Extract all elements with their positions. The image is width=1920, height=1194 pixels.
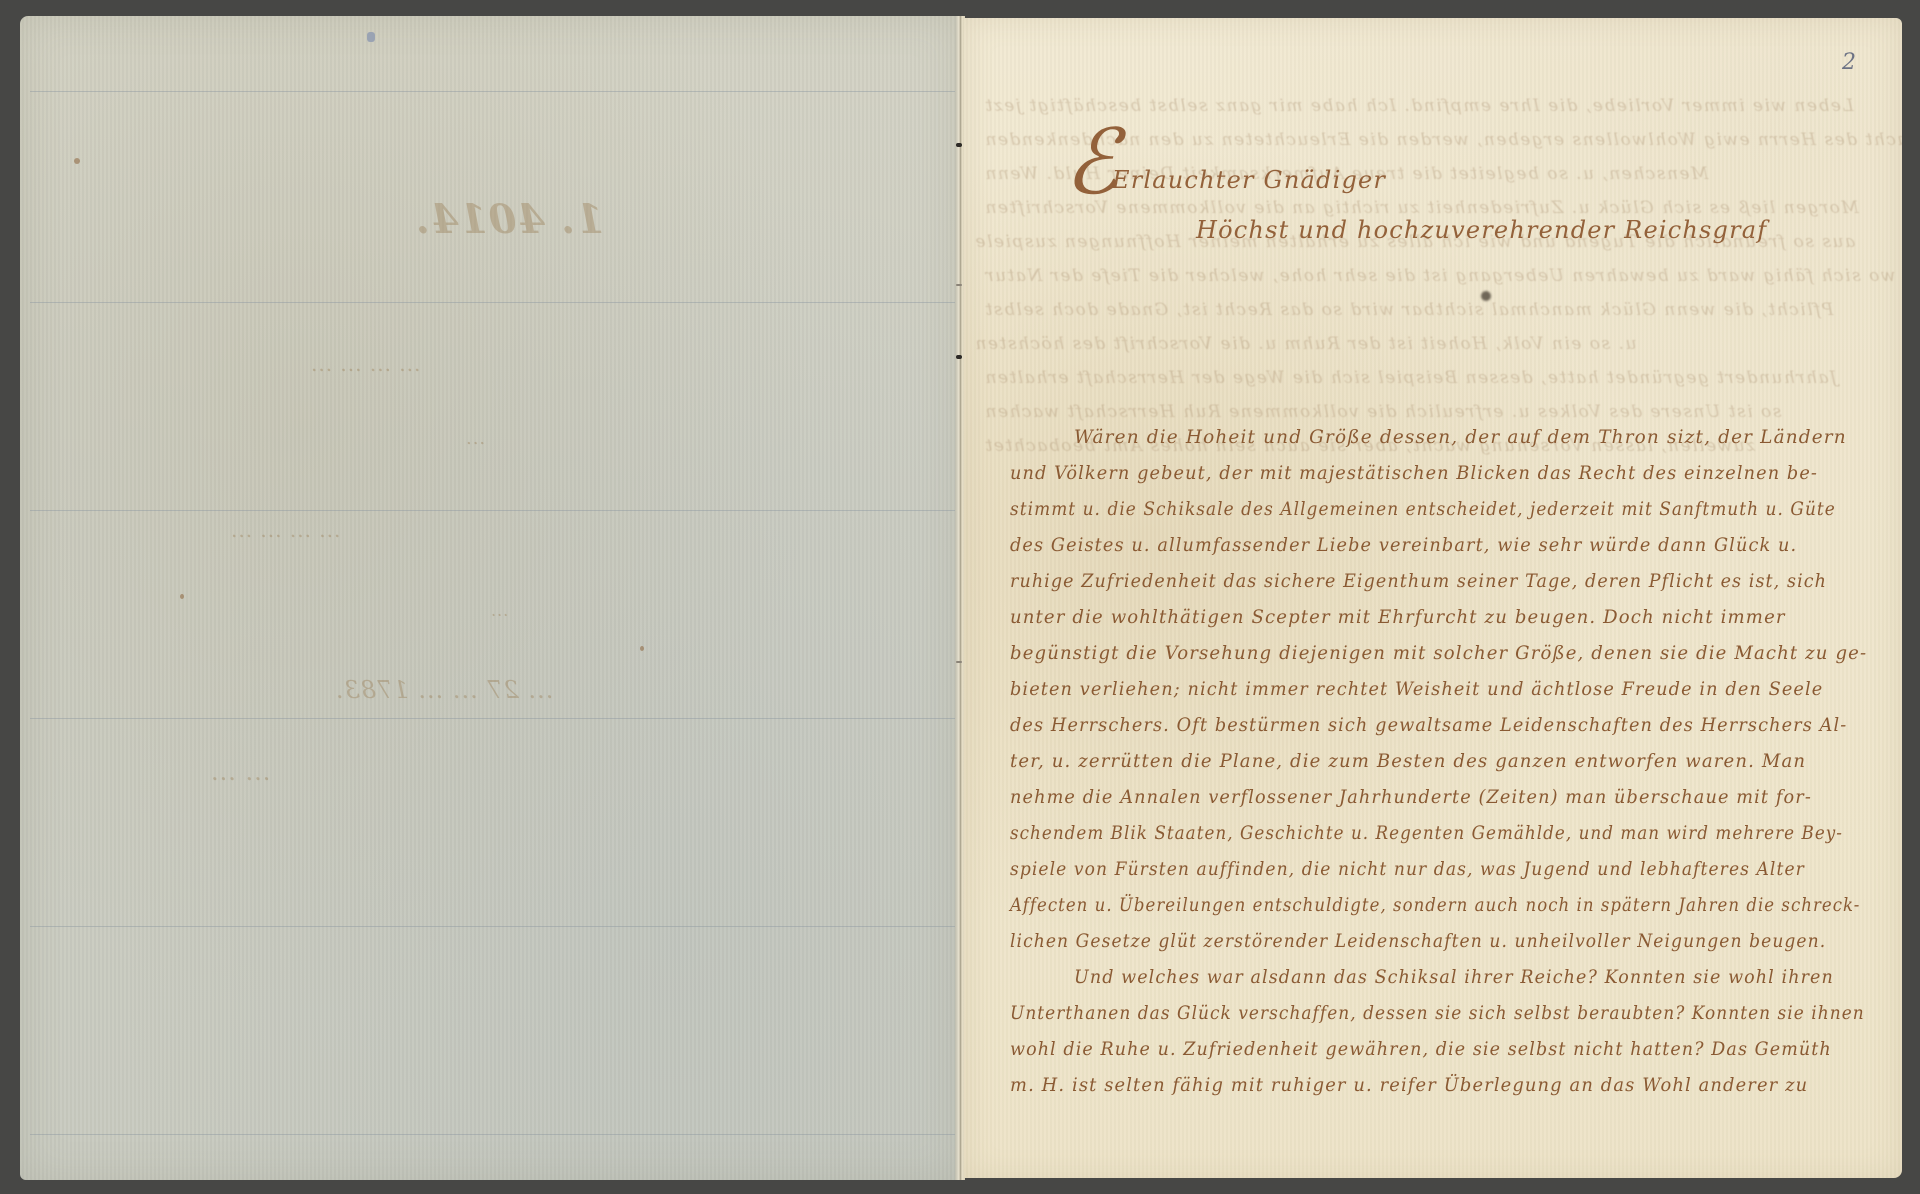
verso-line: ... ... ... ... <box>310 352 420 376</box>
body-line: ruhige Zufriedenheit das sichere Eigenth… <box>1010 570 1827 592</box>
body-line: schendem Blik Staaten, Geschichte u. Reg… <box>1010 822 1843 844</box>
pin-mark <box>367 32 375 42</box>
body-line: des Herrschers. Oft bestürmen sich gewal… <box>1010 714 1847 736</box>
ruling-line <box>30 1134 956 1135</box>
show-through-line: Pflicht, die wenn Glück manchmal sichtba… <box>984 300 1833 320</box>
left-page-verso: 1. 4014. ... ... ... ... ... ... ... ...… <box>20 16 960 1180</box>
body-line: Affecten u. Übereilungen entschuldigte, … <box>1010 894 1860 916</box>
verso-line: ... ... <box>210 758 270 786</box>
show-through-line: u. so ein Volk, Hoheit ist der Ruhm u. d… <box>974 334 1637 354</box>
decorative-initial: ℰ <box>1064 118 1119 208</box>
body-line: m. H. ist selten fähig mit ruhiger u. re… <box>1010 1074 1808 1096</box>
ruling-line <box>30 926 956 927</box>
body-line: spiele von Fürsten auffinden, die nicht … <box>1010 858 1805 880</box>
body-line: unter die wohlthätigen Scepter mit Ehrfu… <box>1010 606 1786 628</box>
stitch-mark <box>956 143 962 147</box>
body-line: und Völkern gebeut, der mit majestätisch… <box>1010 462 1818 484</box>
ink-spot <box>180 594 184 599</box>
verso-date-line: ... 27 ... ... 1783. <box>335 676 553 704</box>
verso-line: ... <box>490 601 508 620</box>
body-line: lichen Gesetze glüt zerstörender Leidens… <box>1010 930 1826 952</box>
body-line: nehme die Annalen verflossener Jahrhunde… <box>1010 786 1812 808</box>
verso-line: ... <box>465 428 485 449</box>
body-line: bieten verliehen; nicht immer rechtet We… <box>1010 678 1823 700</box>
salutation-line-1: Erlauchter Gnädiger <box>1112 166 1386 194</box>
ink-spot <box>74 158 80 164</box>
ruling-line <box>30 718 956 719</box>
show-through-line: Jahrhundert gegründet hatte, dessen Beis… <box>984 368 1837 388</box>
ruling-line <box>30 510 956 511</box>
show-through-line: so ist Unsere des Volkes u. erfreulich d… <box>984 402 1782 422</box>
verso-heading: 1. 4014. <box>415 196 604 243</box>
right-page-recto: Leben wie immer Vorliebe, die Ihre empfi… <box>964 18 1902 1178</box>
ruling-line <box>30 91 956 92</box>
body-line: Unterthanen das Glück verschaffen, desse… <box>1010 1002 1865 1024</box>
ink-spot <box>640 646 644 651</box>
body-line: Und welches war alsdann das Schiksal ihr… <box>1074 966 1834 988</box>
ink-blot <box>1481 291 1491 301</box>
stitch-mark <box>956 284 962 286</box>
ruling-line <box>30 302 956 303</box>
show-through-line: Macht des Herrn ewig Wohlwollens ergeben… <box>984 130 1902 150</box>
document-viewer: 1. 4014. ... ... ... ... ... ... ... ...… <box>0 0 1920 1194</box>
salutation-line-2: Höchst und hochzuverehrender Reichsgraf <box>1196 216 1767 244</box>
stitch-mark <box>956 661 962 663</box>
body-line: des Geistes u. allumfassender Liebe vere… <box>1010 534 1797 556</box>
stitch-mark <box>956 355 962 359</box>
body-line: stimmt u. die Schiksale des Allgemeinen … <box>1010 498 1836 520</box>
show-through-line: da, wo sich fähig ward zu bewahren Ueber… <box>984 266 1902 286</box>
body-line: begünstigt die Vorsehung diejenigen mit … <box>1010 642 1867 664</box>
page-number: 2 <box>1842 50 1856 75</box>
body-line: wohl die Ruhe u. Zufriedenheit gewähren,… <box>1010 1038 1832 1060</box>
body-line: ter, u. zerrütten die Plane, die zum Bes… <box>1010 750 1806 772</box>
body-line: Wären die Hoheit und Größe dessen, der a… <box>1074 426 1847 448</box>
verso-line: ... ... ... ... <box>230 518 340 542</box>
